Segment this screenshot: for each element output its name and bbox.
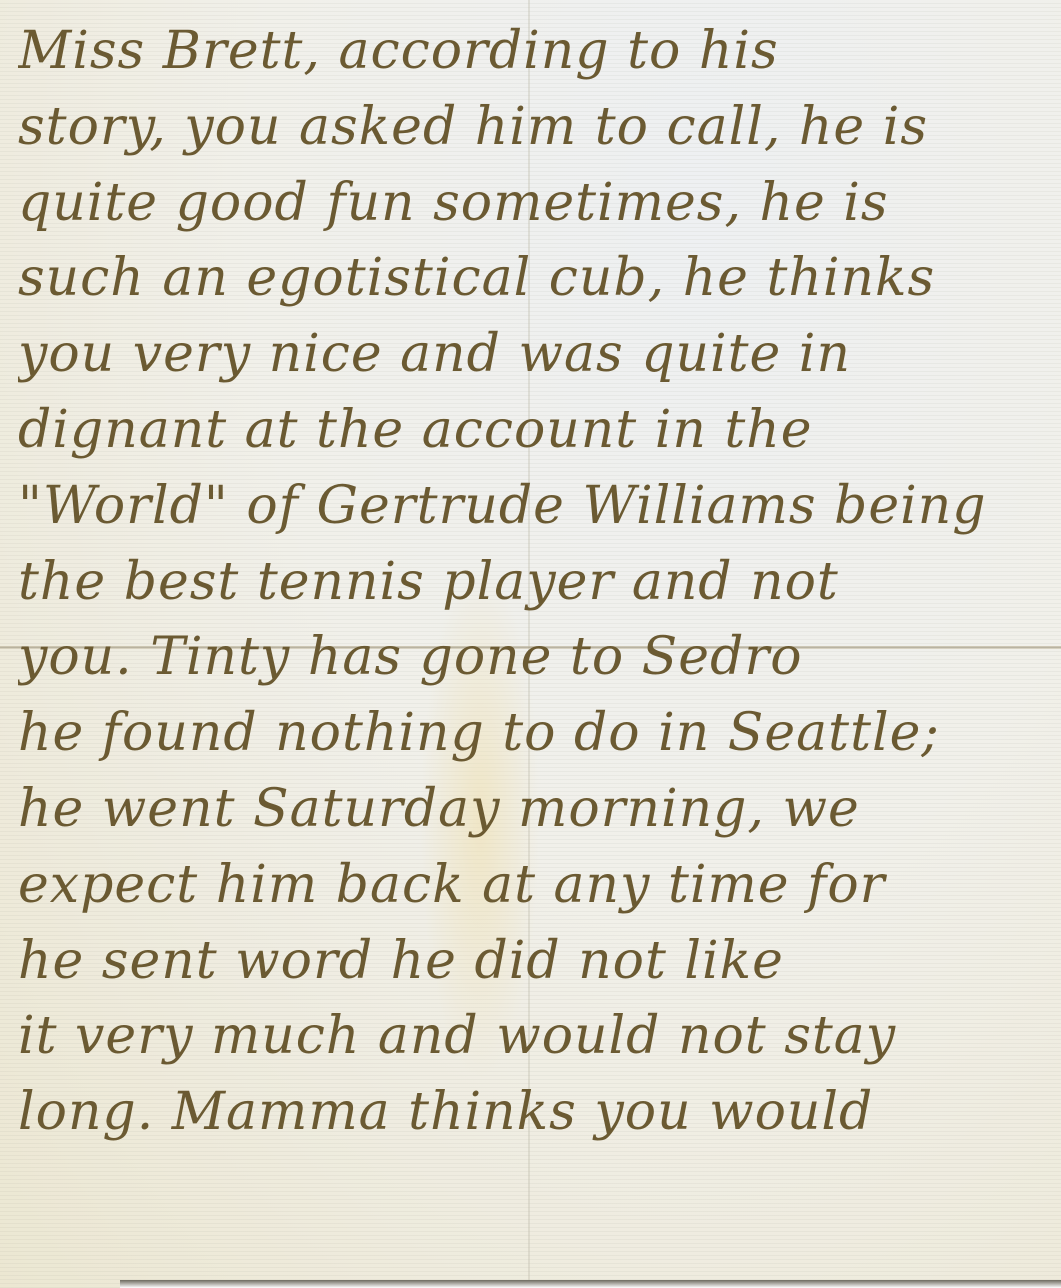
- text-line: such an egotistical cub, he thinks: [18, 241, 1058, 317]
- text-line: he sent word he did not like: [18, 924, 1058, 1000]
- text-line: Miss Brett, according to his: [18, 14, 1058, 90]
- text-line: long. Mamma thinks you would: [18, 1075, 1058, 1151]
- text-line: it very much and would not stay: [18, 999, 1058, 1075]
- page-bottom-edge: [120, 1280, 1061, 1288]
- text-line: you. Tinty has gone to Sedro: [18, 620, 1058, 696]
- text-line: you very nice and was quite in: [18, 317, 1058, 393]
- text-line: dignant at the account in the: [18, 393, 1058, 469]
- text-line: expect him back at any time for: [18, 848, 1058, 924]
- text-line: "World" of Gertrude Williams being: [18, 469, 1058, 545]
- letter-page: Miss Brett, according to his story, you …: [0, 0, 1061, 1288]
- text-line: story, you asked him to call, he is: [18, 90, 1058, 166]
- text-line: he found nothing to do in Seattle;: [18, 696, 1058, 772]
- handwritten-text: Miss Brett, according to his story, you …: [18, 14, 1058, 1151]
- text-line: he went Saturday morning, we: [18, 772, 1058, 848]
- text-line: the best tennis player and not: [18, 545, 1058, 621]
- text-line: quite good fun sometimes, he is: [18, 166, 1058, 242]
